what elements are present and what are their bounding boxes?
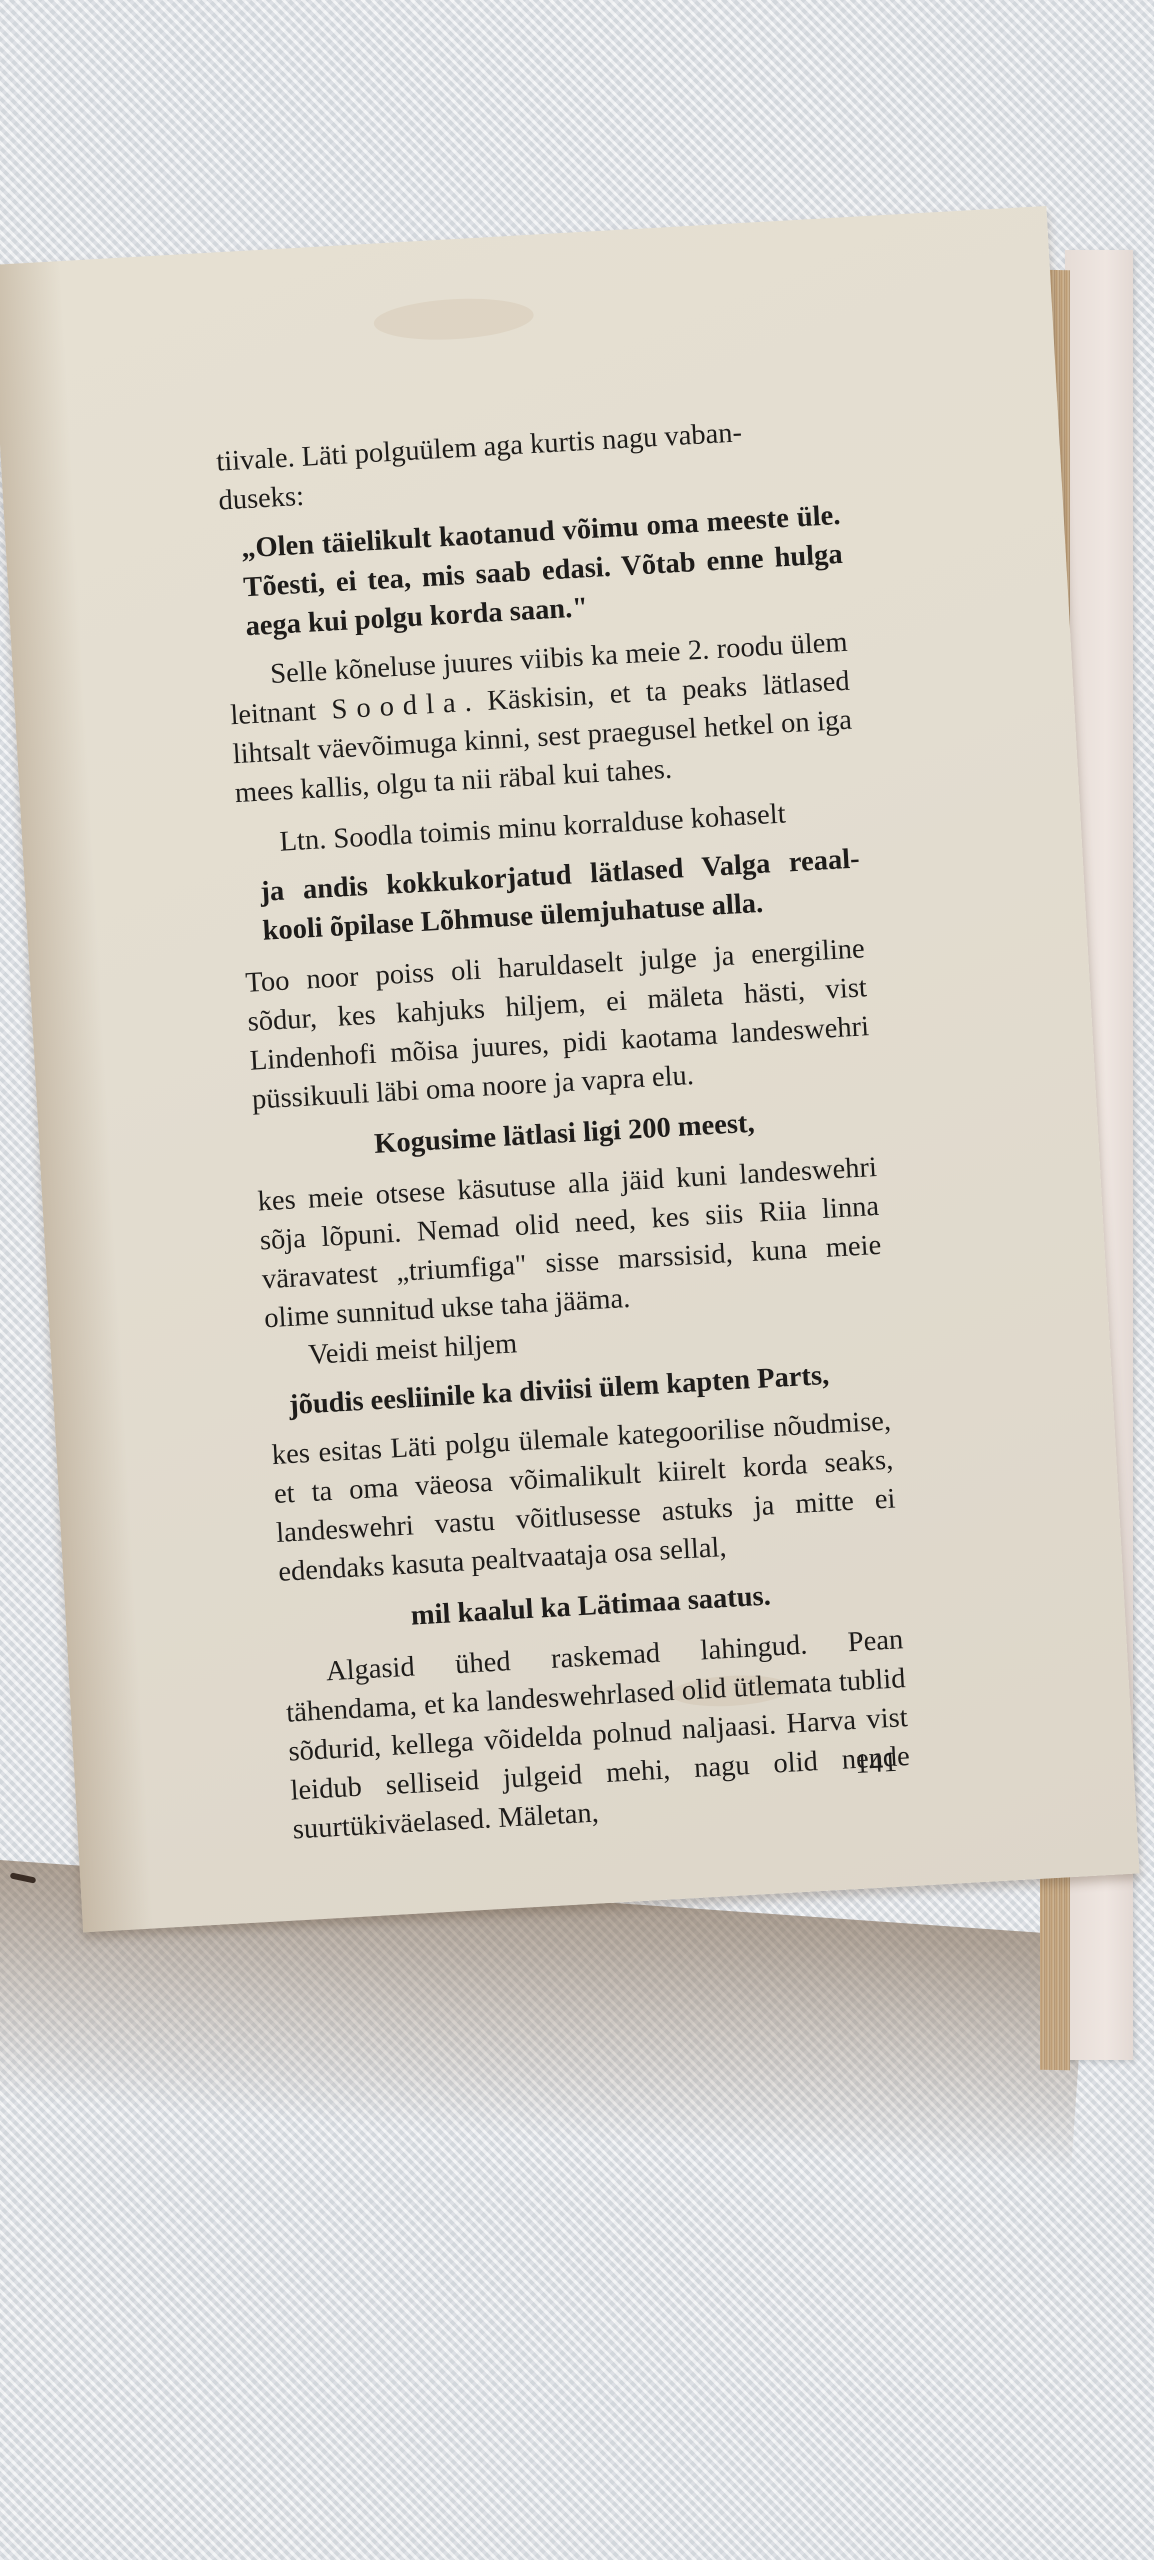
paragraph-3: Selle kõneluse juures viibis ka meie 2. …	[227, 623, 855, 813]
text-run: . Käskisin, et ta peaks lätlased lihtsal…	[232, 666, 853, 809]
paragraph-2-quote: „Olen täielikult kaotanud võimu oma mees…	[220, 496, 846, 647]
page-text: tiivale. Läti polguülem aga kurtis nagu …	[215, 408, 913, 1849]
book-page: tiivale. Läti polguülem aga kurtis nagu …	[0, 206, 1140, 1932]
paragraph-6: Too noor poiss oli haruldaselt julge ja …	[244, 929, 872, 1119]
paragraph-13: Algasid ühed raskemad lahingud. Pean täh…	[283, 1620, 913, 1849]
text-line: tiivale. Läti polguülem aga kurtis nagu …	[215, 417, 742, 477]
text-line: duseks:	[218, 481, 305, 517]
paragraph-11: kes esitas Läti polgu ülemale kategooril…	[271, 1402, 899, 1592]
spaced-name: Soodla	[331, 687, 466, 725]
page-number: 141	[854, 1747, 898, 1781]
paper-stain	[373, 295, 535, 344]
